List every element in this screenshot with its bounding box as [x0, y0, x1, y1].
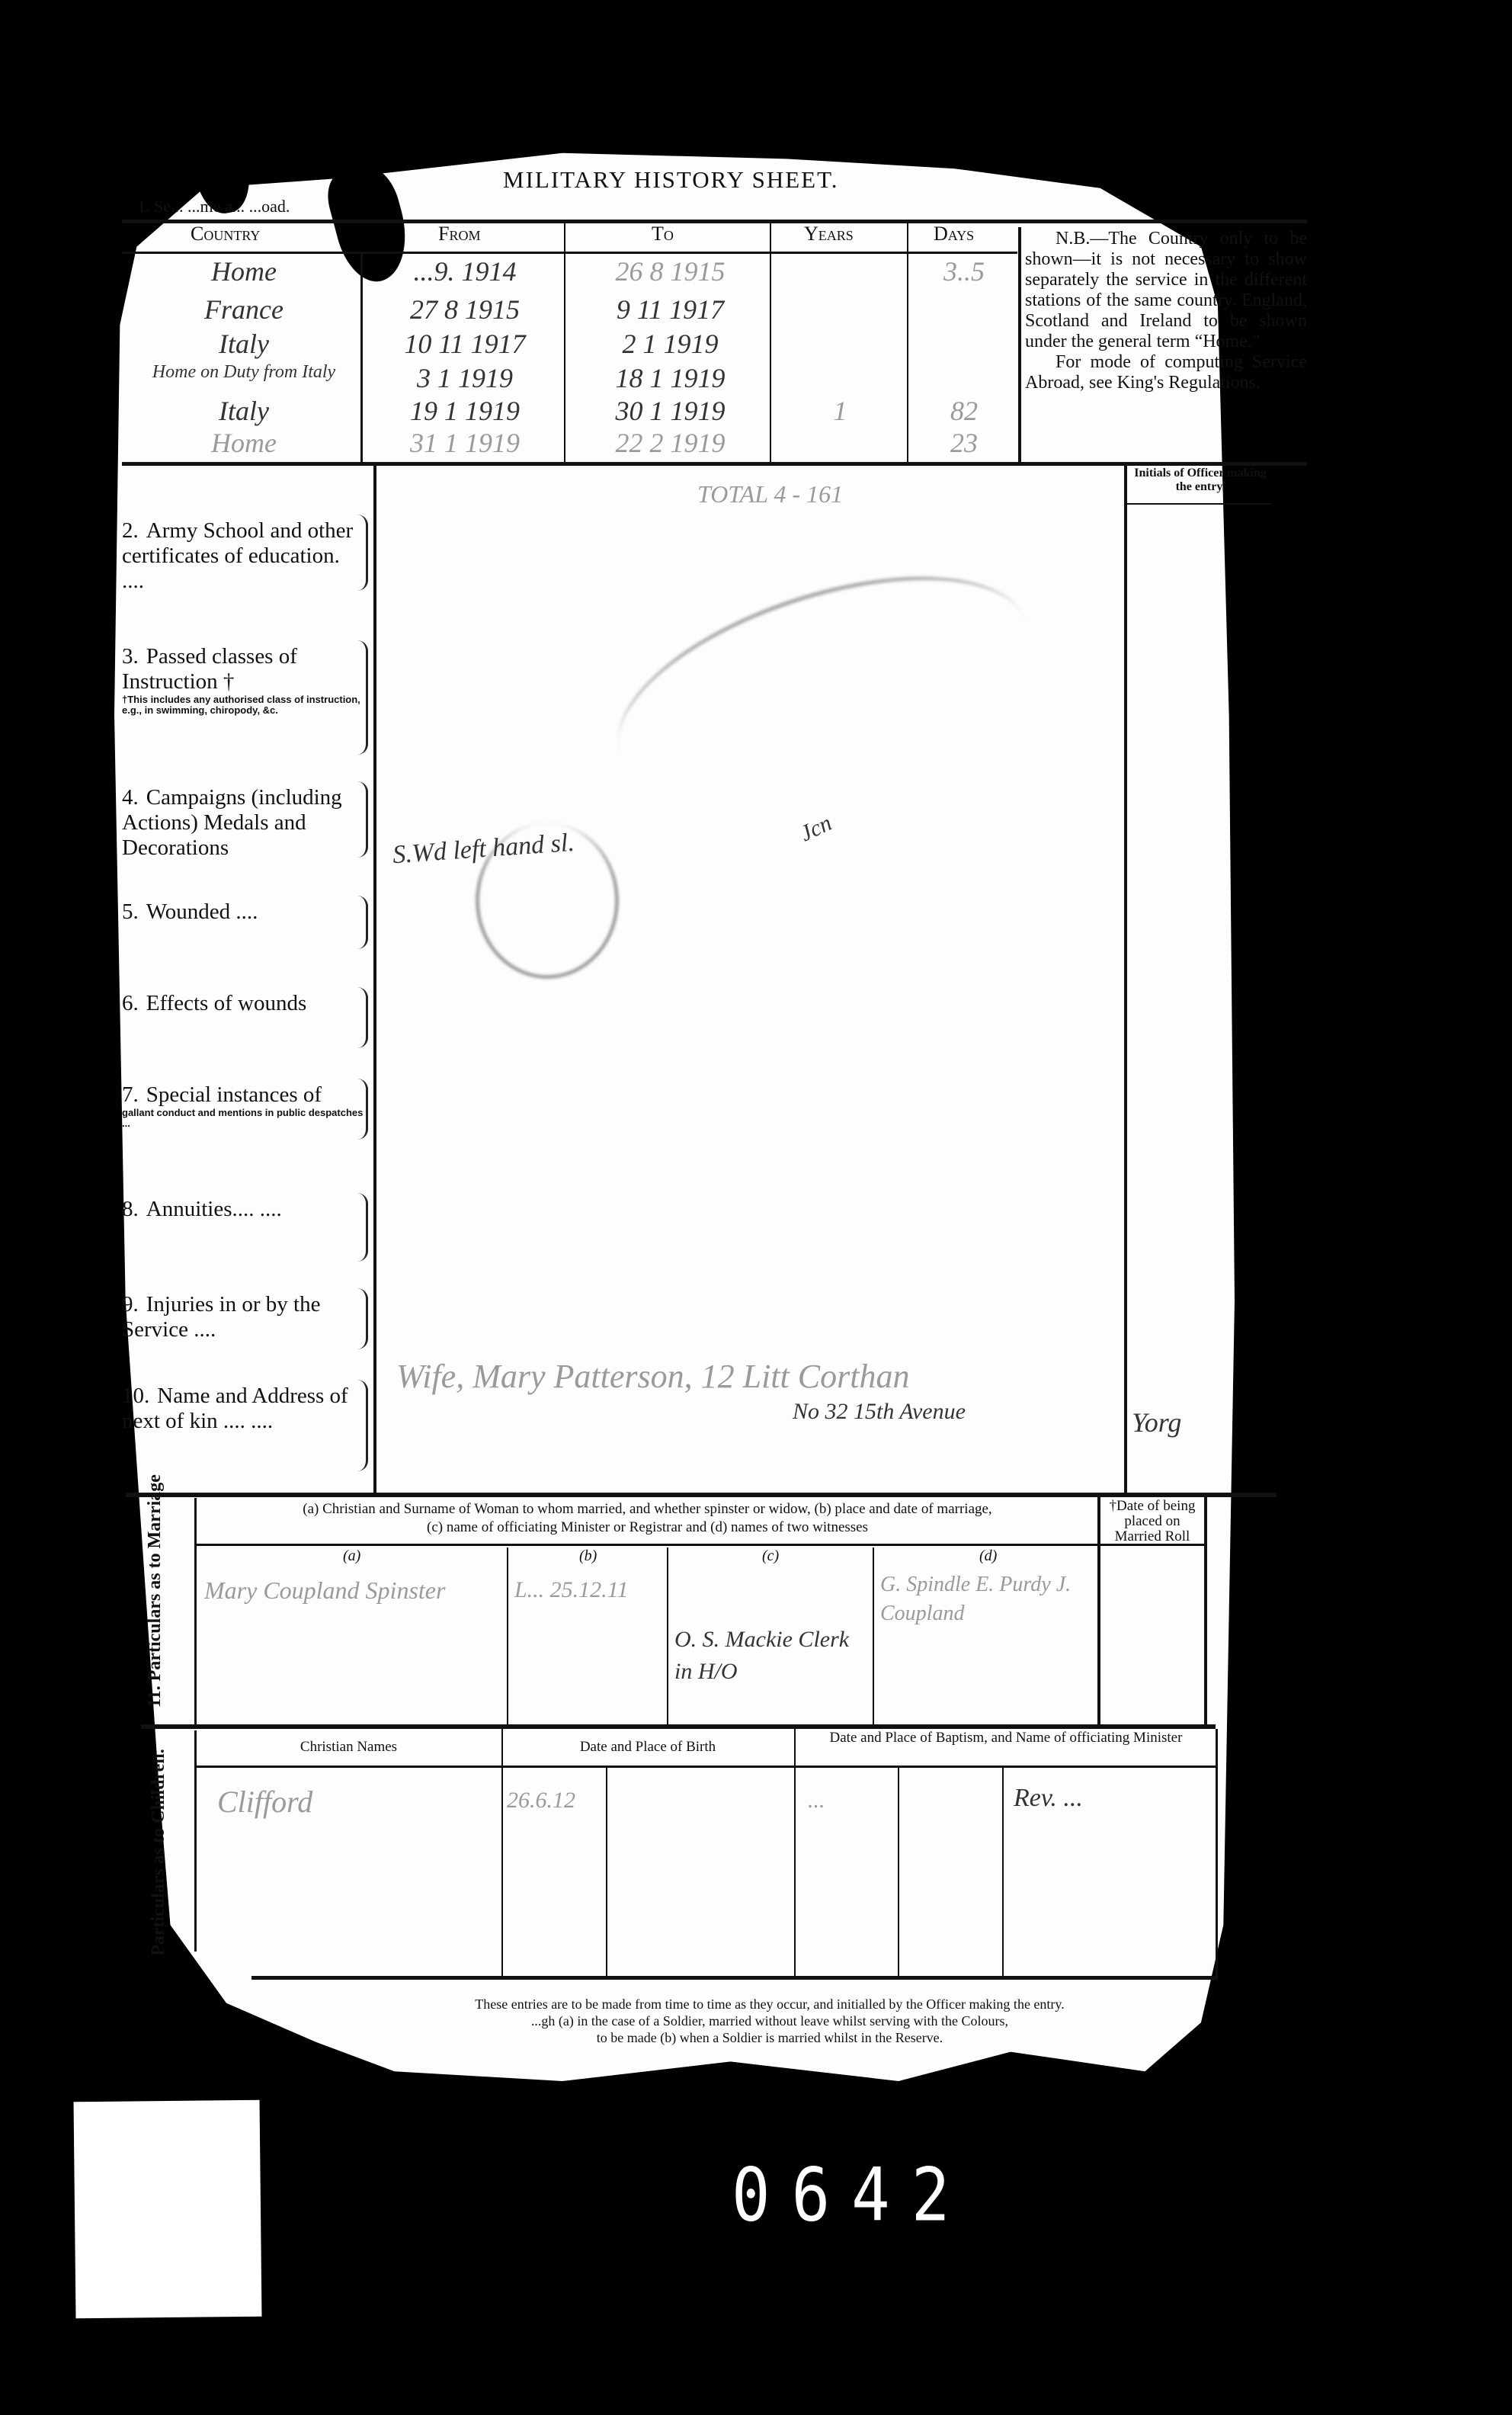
- service-cell-to: 18 1 1919: [573, 362, 767, 394]
- section-subtext: †This includes any authorised class of i…: [122, 694, 366, 716]
- section-text: Annuities.... ....: [146, 1197, 282, 1221]
- col-divider: [667, 1547, 668, 1727]
- child-name: Clifford: [217, 1784, 312, 1820]
- col-header-from: From: [438, 223, 480, 245]
- service-cell-days: 82: [915, 395, 1014, 427]
- child-baptism: ...: [808, 1788, 825, 1814]
- marriage-entry-a: Mary Coupland Spinster: [204, 1574, 501, 1606]
- section-text: Effects of wounds: [146, 991, 306, 1015]
- section-text: Injuries in or by the Service ....: [122, 1292, 320, 1342]
- brace-icon: [355, 781, 368, 858]
- section-number: 3.: [122, 644, 139, 669]
- brace-icon: [355, 1079, 368, 1140]
- service-cell-to: 22 2 1919: [573, 427, 767, 459]
- service-cell-from: 19 1 1919: [370, 395, 560, 427]
- col-divider: [507, 1547, 508, 1727]
- nb-note: N.B.—The Country only to be shown—it is …: [1025, 229, 1307, 393]
- rule: [194, 1766, 1216, 1768]
- section-label-8: 8.Annuities.... ....: [122, 1197, 366, 1222]
- section-number: 7.: [122, 1082, 139, 1107]
- col-divider: [794, 1729, 796, 1977]
- footer-line-2: ...gh (a) in the case of a Soldier, marr…: [305, 2012, 1235, 2029]
- col-divider: [873, 1547, 874, 1727]
- col-divider: [501, 1729, 503, 1977]
- service-cell-to: 26 8 1915: [573, 255, 767, 287]
- section-number: 2.: [122, 518, 139, 543]
- microfilm-target-card: [74, 2100, 262, 2319]
- total-stamp: TOTAL 4 - 161: [697, 480, 843, 508]
- section-label-3: 3.Passed classes of Instruction ††This i…: [122, 644, 366, 716]
- footer-line-3: to be made (b) when a Soldier is married…: [305, 2029, 1235, 2046]
- service-cell-country: Home: [130, 427, 358, 459]
- col-divider: [1002, 1767, 1004, 1977]
- next-of-kin-line-2: No 32 15th Avenue: [793, 1399, 966, 1425]
- col-divider: [770, 221, 771, 463]
- section-number: 4.: [122, 785, 139, 810]
- col-divider: [360, 252, 363, 465]
- rule: [126, 1493, 1277, 1497]
- col-divider: [907, 221, 908, 463]
- service-cell-from: 27 8 1915: [370, 293, 560, 326]
- col-header-years: Years: [804, 223, 854, 245]
- section-1-label: 1. Se... ...me a... ...oad.: [137, 197, 290, 216]
- section-number: 8.: [122, 1197, 139, 1221]
- service-cell-from: 31 1 1919: [370, 427, 560, 459]
- col-divider: [564, 221, 565, 463]
- marriage-col-a: (a): [343, 1547, 360, 1565]
- marriage-col-c: (c): [762, 1547, 779, 1565]
- section-text: Name and Address of next of kin .... ...…: [122, 1384, 348, 1433]
- service-cell-country: France: [130, 293, 358, 326]
- next-of-kin-right: Yorg: [1132, 1406, 1181, 1438]
- col-divider: [1216, 1729, 1218, 1980]
- children-header-names: Christian Names: [198, 1738, 499, 1756]
- brace-icon: [355, 896, 368, 949]
- section-number: 9.: [122, 1292, 139, 1317]
- label-col-divider: [373, 463, 376, 1494]
- section-text: Army School and other certificates of ed…: [122, 518, 353, 593]
- col-header-days: Days: [934, 223, 974, 245]
- section-label-9: 9.Injuries in or by the Service ....: [122, 1292, 366, 1342]
- marriage-header: (a) Christian and Surname of Woman to wh…: [200, 1500, 1095, 1537]
- initials-header: Initials of Officer making the entry.: [1132, 467, 1269, 494]
- col-divider: [1097, 1496, 1100, 1728]
- service-cell-from: 3 1 1919: [370, 362, 560, 394]
- marriage-header-line-2: (c) name of officiating Minister or Regi…: [200, 1519, 1095, 1537]
- col-divider: [194, 1730, 197, 1952]
- nb-para-1: N.B.—The Country only to be shown—it is …: [1025, 229, 1307, 352]
- footer-note: These entries are to be made from time t…: [305, 1996, 1235, 2046]
- marriage-side-label: 11. Particulars as to Marriage: [145, 1517, 165, 1708]
- col-header-to: To: [652, 223, 674, 245]
- nb-para-2: For mode of computing Service Abroad, se…: [1025, 352, 1307, 393]
- rule: [1127, 503, 1272, 505]
- col-divider: [1204, 1496, 1207, 1728]
- rule: [251, 1976, 1216, 1980]
- section-label-7: 7.Special instances ofgallant conduct an…: [122, 1082, 366, 1129]
- service-cell-to: 2 1 1919: [573, 328, 767, 360]
- brace-icon: [355, 1288, 368, 1349]
- service-cell-from: ...9. 1914: [370, 255, 560, 287]
- service-cell-days: 23: [915, 427, 1014, 459]
- footer-line-1: These entries are to be made from time t…: [305, 1996, 1235, 2012]
- initials-col-divider: [1124, 463, 1127, 1494]
- section-subtext: gallant conduct and mentions in public d…: [122, 1108, 366, 1129]
- section-number: 10.: [122, 1384, 149, 1408]
- section-text: Passed classes of Instruction †: [122, 644, 297, 694]
- children-side-label: Particulars as to Children.: [149, 1746, 168, 1959]
- children-header-birth: Date and Place of Birth: [503, 1738, 793, 1756]
- marriage-col-d: (d): [979, 1547, 997, 1565]
- service-cell-days: 3..5: [915, 255, 1014, 287]
- section-number: 6.: [122, 991, 139, 1015]
- section-label-10: 10.Name and Address of next of kin .... …: [122, 1384, 366, 1434]
- section-label-2: 2.Army School and other certificates of …: [122, 518, 366, 594]
- next-of-kin-line-1: Wife, Mary Patterson, 12 Litt Corthan: [396, 1357, 909, 1396]
- service-cell-years: 1: [777, 395, 903, 427]
- child-minister: Rev. ...: [1014, 1784, 1083, 1813]
- brace-icon: [355, 515, 368, 591]
- child-birth: 26.6.12: [507, 1788, 575, 1814]
- section-text: Wounded ....: [146, 900, 258, 924]
- col-divider: [194, 1498, 197, 1727]
- section-text: Special instances of: [146, 1082, 322, 1107]
- section-number: 5.: [122, 900, 139, 924]
- brace-icon: [355, 1380, 368, 1471]
- married-roll-header: †Date of being placed on Married Roll: [1103, 1499, 1202, 1544]
- col-divider: [606, 1767, 607, 1977]
- section-text: Campaigns (including Actions) Medals and…: [122, 785, 342, 860]
- rule: [122, 252, 1017, 254]
- brace-icon: [355, 987, 368, 1048]
- col-header-country: Country: [191, 223, 260, 245]
- children-header-baptism: Date and Place of Baptism, and Name of o…: [800, 1729, 1212, 1747]
- service-cell-country: Italy: [130, 328, 358, 360]
- col-divider: [898, 1767, 899, 1977]
- section-label-5: 5.Wounded ....: [122, 900, 366, 925]
- rule: [122, 220, 1307, 223]
- frame-counter: 0642: [732, 2152, 971, 2238]
- section-label-4: 4.Campaigns (including Actions) Medals a…: [122, 785, 366, 861]
- rule: [122, 462, 1307, 466]
- marriage-entry-b: L... 25.12.11: [514, 1574, 659, 1606]
- service-cell-country: Home on Duty from Italy: [130, 362, 358, 383]
- marriage-entry-d: G. Spindle E. Purdy J. Coupland: [880, 1570, 1094, 1628]
- service-cell-from: 10 11 1917: [370, 328, 560, 360]
- service-cell-to: 30 1 1919: [573, 395, 767, 427]
- section-label-6: 6.Effects of wounds: [122, 991, 366, 1016]
- service-cell-country: Home: [130, 255, 358, 287]
- brace-icon: [355, 640, 368, 755]
- col-divider: [1018, 227, 1021, 463]
- service-cell-to: 9 11 1917: [573, 293, 767, 326]
- sheet-title: MILITARY HISTORY SHEET.: [503, 166, 839, 194]
- service-cell-country: Italy: [130, 395, 358, 427]
- brace-icon: [355, 1193, 368, 1262]
- marriage-col-b: (b): [579, 1547, 597, 1565]
- marriage-entry-c: O. S. Mackie Clerk in H/O: [674, 1624, 869, 1688]
- water-stain: [476, 823, 618, 978]
- rule: [194, 1544, 1204, 1546]
- marriage-header-line-1: (a) Christian and Surname of Woman to wh…: [200, 1500, 1095, 1519]
